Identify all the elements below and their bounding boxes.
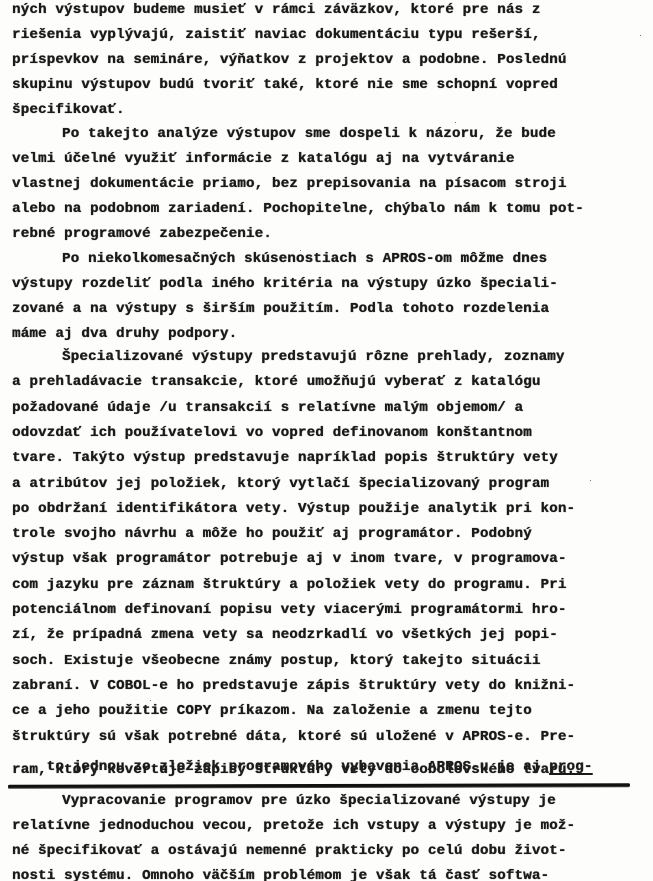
text-line: com jazyku pre záznam štruktúry a položi…: [12, 575, 567, 595]
text-line: a atribútov jej položiek, ktorý vytlačí …: [12, 474, 549, 494]
scan-speck: [455, 122, 456, 123]
scan-speck: [150, 700, 151, 701]
text-line: odovzdať ich používatelovi vo vopred def…: [12, 423, 532, 443]
text-line: trole svojho návrhu a môže ho použiť aj …: [12, 524, 532, 544]
scan-speck: [590, 480, 591, 481]
text-line: a prehladávacie transakcie, ktoré umožňu…: [12, 372, 541, 392]
scan-speck: [300, 250, 301, 251]
text-line: Po takejto analýze výstupov sme dospeli …: [62, 124, 556, 144]
text-line: ce a jeho použitie COPY príkazom. Na zal…: [12, 701, 532, 721]
text-line: príspevkov na semináre, výňatkov z proje…: [12, 50, 567, 70]
text-line: Špecializované výstupy predstavujú rôzne…: [62, 347, 565, 367]
text-line: zí, že prípadná zmena vety sa neodzrkadl…: [12, 625, 558, 645]
text-line: výstup však programátor potrebuje aj v i…: [12, 549, 567, 569]
text-line: zované a na výstupy s širším použitím. P…: [12, 299, 549, 319]
text-line: soch. Existuje všeobecne známy postup, k…: [12, 651, 541, 671]
text-line: požadované údaje /u transakcií s relatív…: [12, 398, 523, 418]
text-line: máme aj dva druhy podpory.: [12, 324, 237, 344]
text-line: po obdržaní identifikátora vety. Výstup …: [12, 499, 575, 519]
text-line: výstupy rozdeliť podla iného kritéria na…: [12, 274, 558, 294]
text-line: nosti systému. Omnoho väčším problémom j…: [12, 866, 549, 881]
text-line: skupinu výstupov budú tvoriť také, ktoré…: [12, 75, 558, 95]
text-line: né špecifikovať a ostávajú nemenné prakt…: [12, 841, 567, 861]
text-line: riešenia vyplývajú, zaistiť naviac dokum…: [12, 25, 541, 45]
text-line: tvare. Takýto výstup predstavuje napríkl…: [12, 448, 558, 468]
text-line: ram, ktorý kovertuje zápisy štruktúry ve…: [12, 760, 575, 780]
text-line: potenciálnom definovaní popisu vety viac…: [12, 600, 567, 620]
scan-speck: [640, 35, 641, 36]
text-line: zabraní. V COBOL-e ho predstavuje zápis …: [12, 676, 575, 696]
text-line: relatívne jednoduchou vecou, pretože ich…: [12, 816, 575, 836]
text-line: špecifikovať.: [12, 100, 125, 120]
text-line: velmi účelné využiť informácie z katalóg…: [12, 149, 515, 169]
text-line: vlastnej dokumentácie priamo, bez prepis…: [12, 174, 567, 194]
text-line: alebo na podobnom zariadení. Pochopiteln…: [12, 199, 584, 219]
scanned-page: ných výstupov budeme musieť v rámci závä…: [0, 0, 653, 881]
text-line: rebné programové zabezpečenie.: [12, 224, 272, 244]
text-line: Po niekolkomesačných skúsenostiach s APR…: [62, 249, 547, 269]
text-line: Vypracovanie programov pre úzko špeciali…: [62, 791, 556, 811]
text-line: ných výstupov budeme musieť v rámci závä…: [12, 0, 541, 20]
